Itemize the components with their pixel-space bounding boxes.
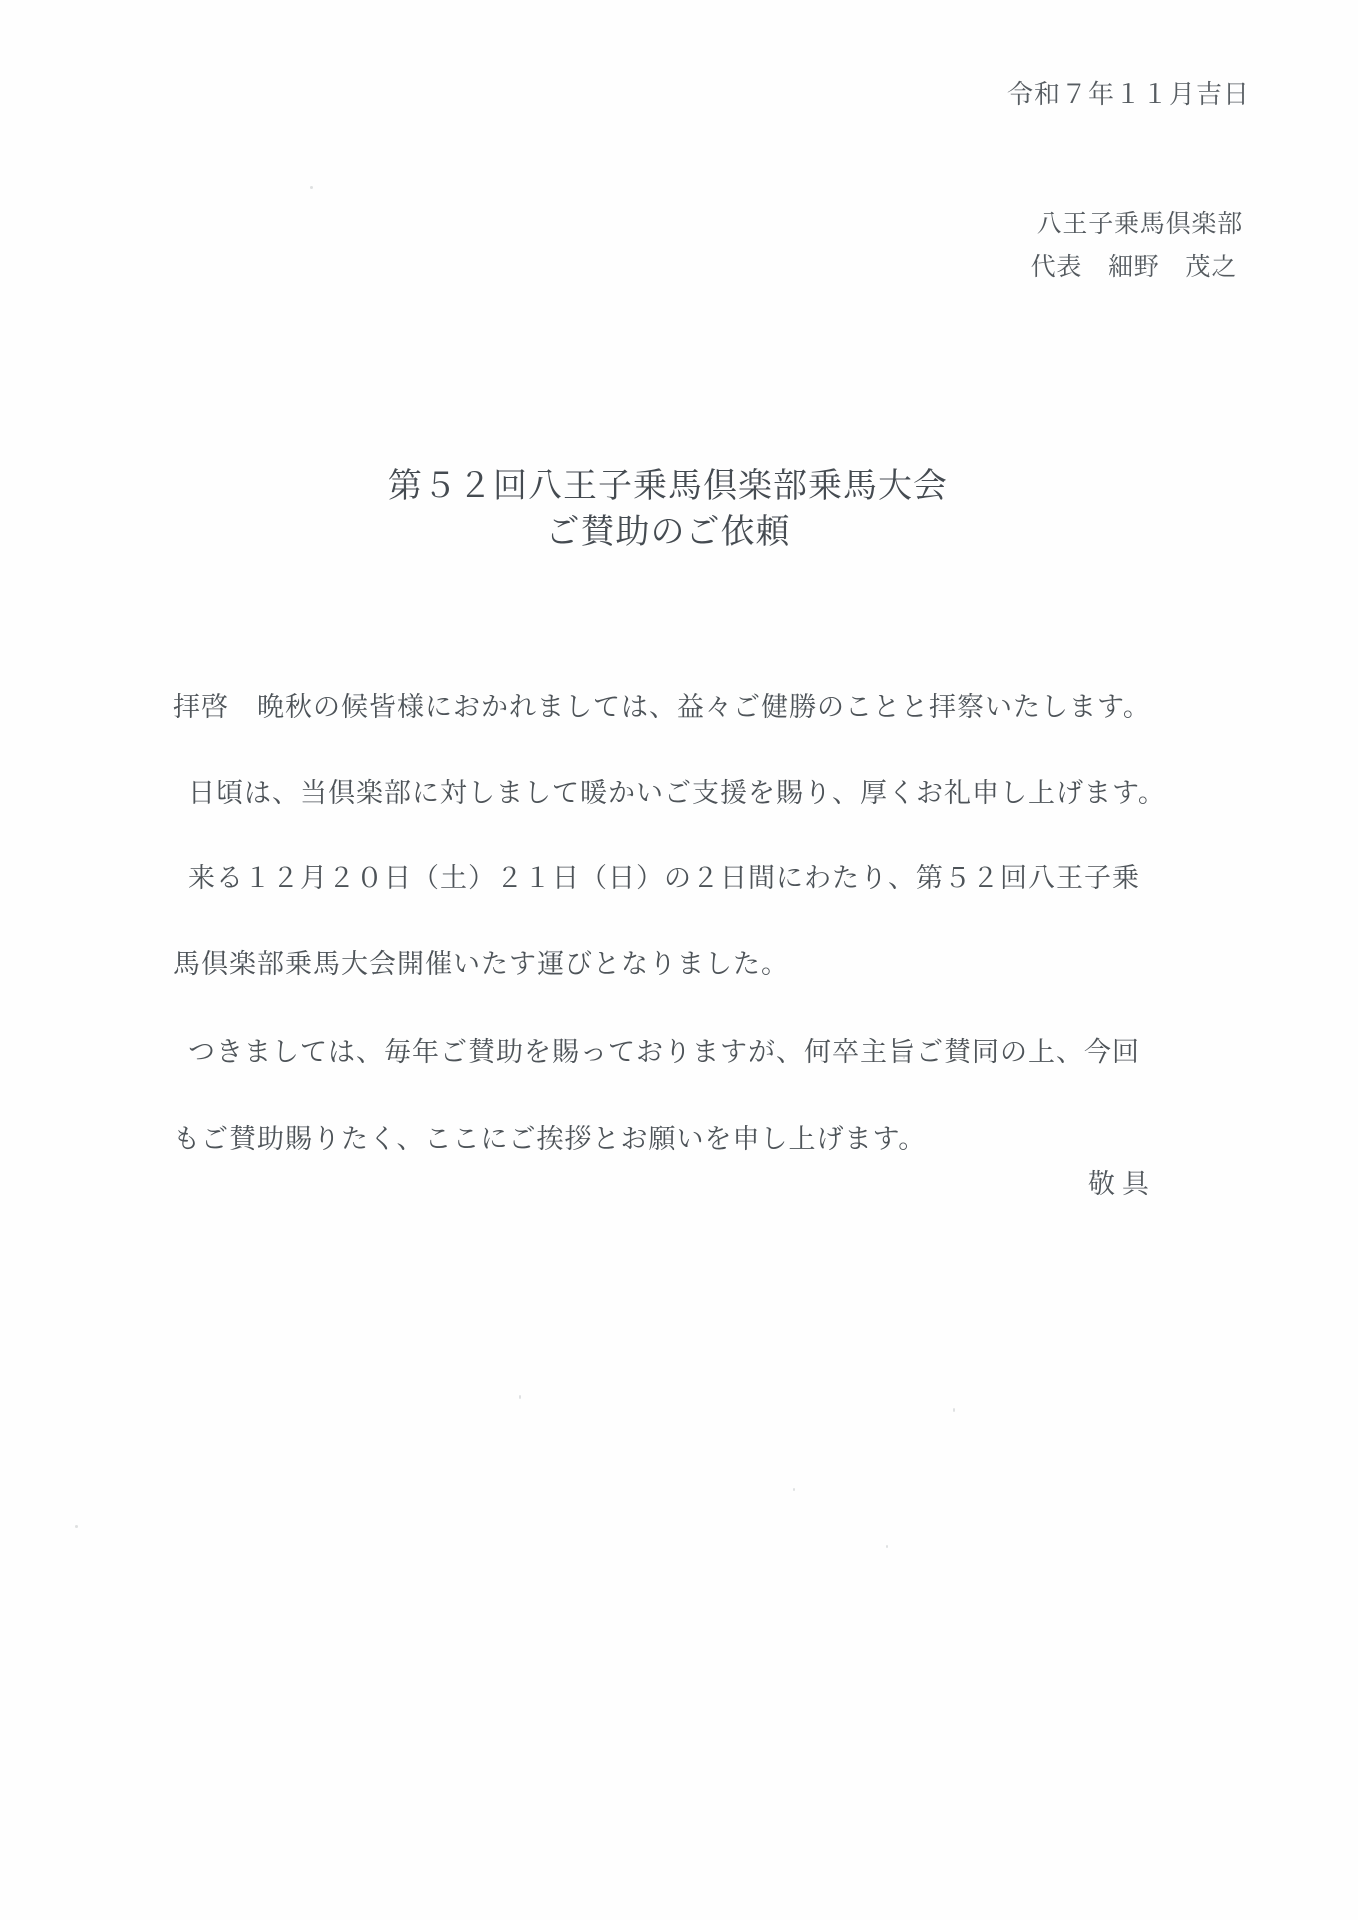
letter-title-line-2: ご賛助のご依頼 <box>0 510 1336 556</box>
sender-organization: 八王子乗馬倶楽部 <box>1037 211 1243 240</box>
scan-speck <box>310 186 313 189</box>
letter-title: 第５２回八王子乗馬倶楽部乗馬大会 ご賛助のご依頼 <box>0 464 1336 556</box>
scan-speck <box>886 1545 888 1548</box>
date-line: 令和７年１１月吉日 <box>1007 80 1250 110</box>
scan-speck <box>903 1056 905 1059</box>
body-line-5: つきましては、毎年ご賛助を賜っておりますが、何卒主旨ご賛同の上、今回 <box>173 1037 1140 1068</box>
closing-word: 敬具 <box>1088 1169 1156 1200</box>
scan-speck <box>75 1525 78 1528</box>
sender-representative: 代表 細野 茂之 <box>1031 254 1237 283</box>
scan-speck <box>519 1395 521 1399</box>
letter-title-line-1: 第５２回八王子乗馬倶楽部乗馬大会 <box>0 464 1336 510</box>
body-line-1: 拝啓 晩秋の候皆様におかれましては、益々ご健勝のことと拝察いたします。 <box>173 692 1151 723</box>
scanned-letter-page: 令和７年１１月吉日 八王子乗馬倶楽部 代表 細野 茂之 第５２回八王子乗馬倶楽部… <box>0 0 1358 1920</box>
body-line-6: もご賛助賜りたく、ここにご挨拶とお願いを申し上げます。 <box>173 1124 926 1155</box>
body-line-3: 来る１２月２０日（土）２１日（日）の２日間にわたり、第５２回八王子乗 <box>173 863 1140 894</box>
scan-speck <box>953 1408 955 1412</box>
body-line-4: 馬倶楽部乗馬大会開催いたす運びとなりました。 <box>173 949 789 980</box>
scan-speck <box>793 1488 795 1491</box>
body-line-2: 日頃は、当倶楽部に対しまして暖かいご支援を賜り、厚くお礼申し上げます。 <box>173 778 1166 809</box>
